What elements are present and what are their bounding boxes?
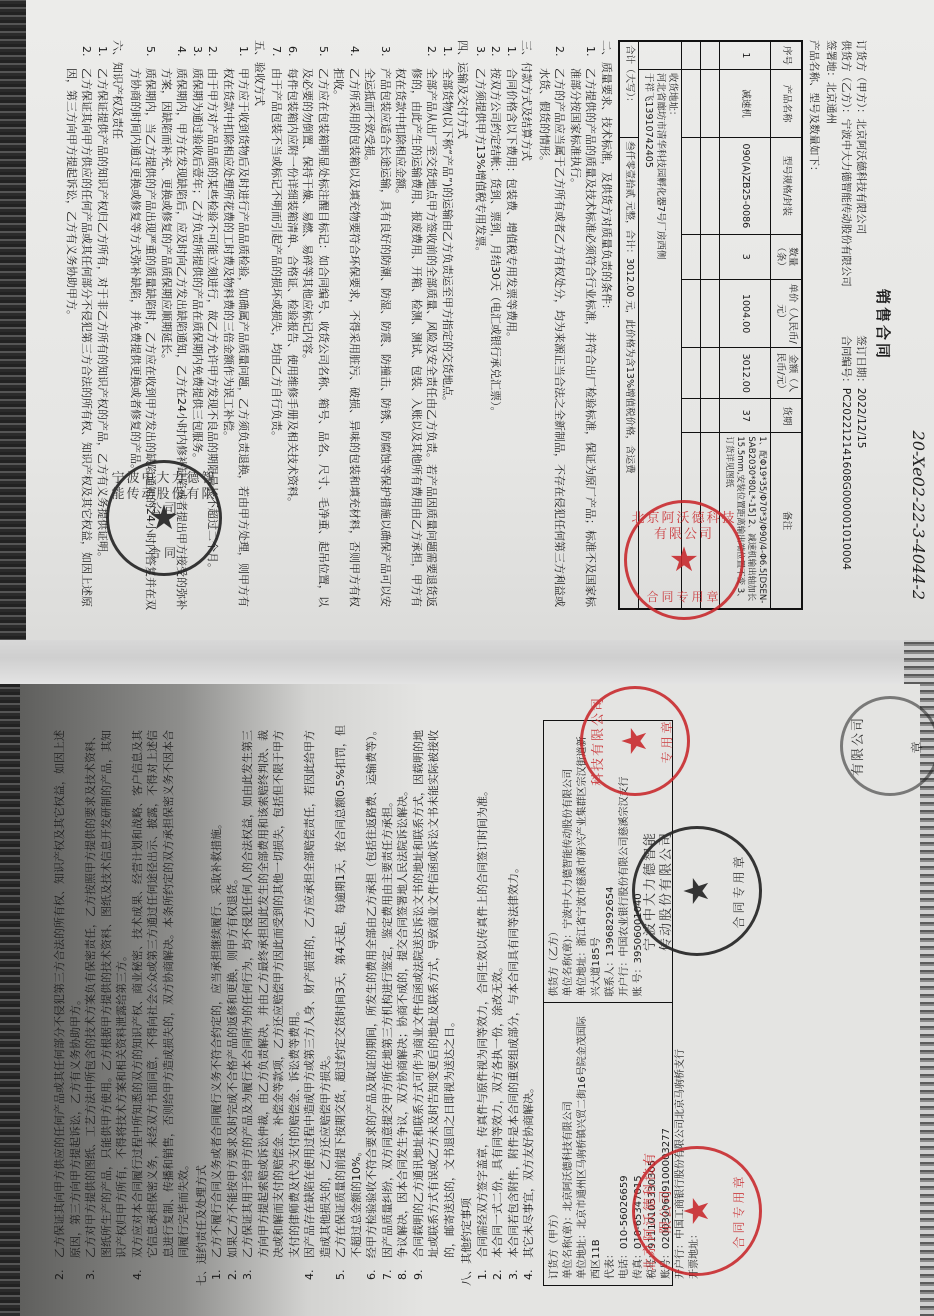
seller-company-seal: 宁波中大力德智能传动股份有限公司 ★ 合同 (106, 460, 222, 576)
clause-number: 5. (333, 1258, 364, 1286)
clause-text: 全部货物(以下称“产品”)的运输由乙方负责运至甲方指定的交货地点。 (440, 68, 456, 610)
section-title: 八、其他约定事项 (459, 720, 475, 1286)
clause-text: 合同载明的乙方通讯地址和联系方式可作为商业文件信函或法院送达诉讼文书的地址和联系… (411, 720, 458, 1258)
clause-text: 乙方不履行合同义务或者合同履行义务不符合约定的，应当承担继续履行、采取补救措施。 (209, 720, 225, 1258)
clause-item: 5.乙方应在包装箱明显处标注醒目标记：如合同编号、收货公司名称、箱号、品名、尺寸… (300, 40, 331, 610)
col-lead-time: 货期 (771, 399, 803, 433)
clause-number: 6. (364, 1258, 380, 1286)
clause-text: 乙方应在包装箱明显处标注醒目标记：如合同编号、收货公司名称、箱号、品名、尺寸、毛… (300, 68, 331, 610)
signature-detail-line: 电话：010-56026659 (618, 1010, 632, 1280)
page-gap (0, 640, 934, 684)
clause-text: 其它未尽事宜，双方友好协商解决。 (521, 720, 537, 1258)
clause-text: 本合同若包含附件，附件是本合同的重要组成部分，与本合同具有同等法律效力。 (506, 720, 522, 1258)
seal-text: 北京阿沃德科技有限公司 (627, 511, 741, 542)
signature-detail-line: 单位名称(章)：北京阿沃德科技有限公司 (562, 1010, 576, 1280)
seller-seal-partial: 有限公司 章 (840, 696, 934, 796)
sign-date: 2022/12/15 (856, 388, 868, 449)
clause-item: 4.其它未尽事宜，双方友好协商解决。 (521, 720, 537, 1286)
clause-item: 7.由于产品包装不当或标记不明而引起产品的损坏或损失，均由乙方自行负责。 (269, 40, 285, 610)
col-note: 备注 (771, 433, 803, 609)
clause-text: 乙方保证其向甲方供应的任何产品或其任何部分不侵犯第三方合法的所有权、知识产权及其… (52, 720, 83, 1258)
clause-number: 2. (537, 40, 568, 68)
clause-item: 3.乙方须提供甲方13%增值税专用发票。 (473, 40, 489, 610)
clause-text: 乙方保证其用于给甲方的产品及为履行本合同所为的任何行为，均不侵犯任何人的合法权益… (240, 720, 302, 1258)
buyer-label: 订货方（甲方）： (856, 40, 868, 119)
clause-item: 2.乙方保证其向甲方供应的任何产品或其任何部分不侵犯第三方合法的所有权、知识产权… (64, 40, 95, 610)
seller-name: 宁波中大力德智能传动股份有限公司 (841, 119, 853, 287)
seal-bottom-text: 章 (910, 699, 926, 793)
clause-number: 1. (440, 40, 456, 68)
clause-section: 三、付款方式及结算方式1.合同价格含以下费用：包装费、增值税专用发票等费用。2.… (473, 40, 535, 610)
clause-item: 4.双方应对本合同履行过程中所知悉的双方的知识产权、商业秘密、技术成果、经营计划… (130, 720, 192, 1286)
cell-name: 减速机 (720, 69, 771, 137)
col-amount: 金额（人民币/元） (771, 348, 803, 399)
clause-text: 由于产品包装不当或标记不明而引起产品的损坏或损失，均由乙方自行负责。 (269, 68, 285, 610)
clause-item: 4.乙方所采用的包装箱以及填充物要符合环保要求，不得采用脏污、破损、异味的包装和… (331, 40, 362, 610)
clause-text: 每件包装箱内应附一份详细装箱清单、合格证、检验报告、使用维修手册及相关技术资料。 (285, 68, 301, 610)
clause-text: 乙方对甲方提供的图纸、工艺方法中所包含的技术方案负有保密责任，乙方按照甲方提供的… (83, 720, 130, 1258)
clause-number: 3. (83, 1258, 130, 1286)
clause-text: 双方应对本合同履行过程中所知悉的双方的知识产权、商业秘密、技术成果、经营计划和战… (130, 720, 192, 1258)
clause-section: 七、违约责任及处理方式1.乙方不履行合同义务或者合同履行义务不符合约定的，应当承… (194, 720, 458, 1286)
seal-text: 科技有限公司 (591, 689, 607, 793)
clause-item: 9.合同载明的乙方通讯地址和联系方式可作为商业文件信函或法院送达诉讼文书的地址和… (411, 720, 458, 1286)
clause-number: 1. (475, 1258, 491, 1286)
clause-text: 经甲方检验验收不符合要求的产品及取证的期间，所发生的费用全部由乙方承担（包括往返… (364, 720, 380, 1258)
clause-text: 乙方的产品应当属于乙方所有或者乙方有权处分，均为来源正当合法之全新制品，不存在侵… (537, 68, 568, 610)
col-model: 型号规格/封装 (771, 138, 803, 235)
contract-meta: 订货方（甲方）：北京阿沃德科技有限公司 供货方（乙方）：宁波中大力德智能传动股份… (824, 40, 869, 610)
clause-text: 争议解决，因本合同发生争议，双方协商解决；协商不成的，提交合同签署地人民法院诉讼… (395, 720, 411, 1258)
items-table-header: 序号 产品名称 型号规格/封装 数量（条） 单价（人民币/元） 金额（人民币/元… (771, 41, 803, 609)
seal-bottom-text: 合同专用章 (732, 1149, 748, 1273)
clause-number: 3. (506, 1258, 522, 1286)
items-intro: 产品名称、型号及数量如下： (806, 40, 822, 610)
clause-item: 1.合同需经双方签字盖章，传真件与原件视为同等效力，合同生效以传真件上的合同签订… (475, 720, 491, 1286)
clause-number: 2. (393, 40, 440, 68)
buyer-seal-partial: 科技有限公司 ★ 专用章 (580, 686, 690, 796)
cell-unit-price: 1004.00 (720, 280, 771, 348)
clause-number: 5. (128, 40, 159, 68)
clause-text: 按双方公司约定结帐：货到、票到，月结30天（电汇或银行承兑汇票）。 (488, 68, 504, 610)
clause-text: 如果乙方不能按甲方要求及时完成不合格产品的返修和更换，则甲方有权退货。 (225, 720, 241, 1258)
clause-number: 2. (52, 1258, 83, 1286)
clause-text: 乙方在保证质量的前提下按期交货，超过约定交货时间3天，第4天起，每逾期1天，按合… (333, 720, 364, 1258)
clause-item: 3.产品包装应适合长途运输，具有良好的防潮、防湿、防震、防撞击、防锈、防腐蚀等保… (362, 40, 393, 610)
star-icon: ★ (618, 726, 652, 756)
sign-date-line: 签订日期：2022/12/15 (854, 335, 869, 570)
clause-number: 2. (64, 40, 95, 68)
cell-lead-time: 37 (720, 399, 771, 433)
clause-number: 1. (95, 40, 111, 68)
clause-number: 3. (190, 40, 206, 68)
clause-number: 3. (240, 1258, 302, 1286)
seal-bottom-text: 合同专用章 (732, 829, 748, 953)
clause-item: 2.如果乙方不能按甲方要求及时完成不合格产品的返修和更换，则甲方有权退货。 (225, 720, 241, 1286)
clause-number: 1. (504, 40, 520, 68)
clause-item: 4.因产品存在缺陷在使用过程中造成甲方或第三方人身、财产损害的，乙方应承担全部赔… (302, 720, 333, 1286)
star-icon: ★ (680, 876, 714, 906)
section-title: 三、付款方式及结算方式 (519, 40, 535, 610)
clause-item: 6.每件包装箱内应附一份详细装箱清单、合格证、检验报告、使用维修手册及相关技术资… (285, 40, 301, 610)
clause-item: 7.因产品质量纠纷，双方同意提交甲方所在地第三方机构进行鉴定，鉴定费用由主要责任… (380, 720, 396, 1286)
seal-bottom-text: 专用章 (660, 689, 676, 793)
seal-text: 宁波中大力德智能传动股份有限公司 (109, 471, 219, 518)
clause-item: 8.争议解决，因本合同发生争议，双方协商解决；协商不成的，提交合同签署地人民法院… (395, 720, 411, 1286)
seller-heading: 供货方（乙方） (548, 727, 562, 997)
clause-item: 3.乙方对甲方提供的图纸、工艺方法中所包含的技术方案负有保密责任，乙方按照甲方提… (83, 720, 130, 1286)
clause-text: 因产品存在缺陷在使用过程中造成甲方或第三方人身、财产损害的，乙方应承担全部赔偿责… (302, 720, 333, 1258)
buyer-company-seal: 北京阿沃德科技有限公司 ★ 合同专用章 (632, 1146, 762, 1276)
buyer-line: 订货方（甲方）：北京阿沃德科技有限公司 (854, 40, 869, 287)
contract-no: PC202212141608G000001010004 (841, 388, 853, 570)
buyer-name: 北京阿沃德科技有限公司 (856, 119, 868, 235)
seal-bottom-text: 合同 (109, 546, 219, 562)
star-icon: ★ (680, 1196, 714, 1226)
clause-number: 3. (473, 40, 489, 68)
clause-item: 2.按双方公司约定结帐：货到、票到，月结30天（电汇或银行承兑汇票）。 (488, 40, 504, 610)
clause-section: 2.乙方保证其向甲方供应的任何产品或其任何部分不侵犯第三方合法的所有权、知识产权… (52, 720, 192, 1286)
clause-number: 1. (209, 1258, 225, 1286)
signature-detail-line: 单位名称(章)：宁波中大力德智能传动股份有限公司 (562, 727, 576, 997)
clause-item: 2.乙方的产品应当属于乙方所有或者乙方有权处分，均为来源正当合法之全新制品，不存… (537, 40, 568, 610)
col-name: 产品名称 (771, 69, 803, 137)
col-no: 序号 (771, 41, 803, 69)
handwritten-reference: 20-Xe02-22-3-4044-2 (911, 431, 927, 600)
section-title: 五、验收方式 (252, 40, 268, 610)
seal-text: 有限公司 (851, 699, 867, 793)
clause-text: 全部产品从出厂至交货地点甲方签收前的全部质量、风险及安全责任由乙方负责。若产品因… (393, 68, 440, 610)
section-title: 七、违约责任及处理方式 (194, 720, 210, 1286)
clause-text: 合同需经双方签字盖章，传真件与原件视为同等效力，合同生效以传真件上的合同签订时间… (475, 720, 491, 1258)
contract-no-label: 合同编号： (841, 335, 853, 388)
clause-item: 5.乙方在保证质量的前提下按期交货，超过约定交货时间3天，第4天起，每逾期1天，… (333, 720, 364, 1286)
sign-place: 北京通州 (826, 82, 838, 124)
clause-number: 9. (411, 1258, 458, 1286)
clause-item: 2.本合同一式二份，具有同等效力，双方各执一份，涂改无效。 (490, 720, 506, 1286)
contract-page-2: 2.乙方保证其向甲方供应的任何产品或其任何部分不侵犯第三方合法的所有权、知识产权… (20, 684, 920, 1316)
cell-no: 1 (720, 41, 771, 69)
clause-number: 1. (221, 40, 252, 68)
col-unit-price: 单价（人民币/元） (771, 280, 803, 348)
clause-number: 7. (269, 40, 285, 68)
clause-text: 乙方提供的产品的质量及技术标准必须符合行业标准，并符合出厂检验标准，保证为原厂产… (568, 68, 599, 610)
seller-company-seal: 宁波中大力德智能传动股份有限公司 ★ 合同专用章 (632, 826, 762, 956)
col-qty: 数量（条） (771, 234, 803, 279)
clause-text: 本合同一式二份，具有同等效力，双方各执一份，涂改无效。 (490, 720, 506, 1258)
clause-number: 5. (300, 40, 331, 68)
seal-text: 宁波中大力德智能传动股份有限公司 (643, 829, 674, 953)
section-title: 四、运输及交付方式 (455, 40, 471, 610)
clause-number: 7. (380, 1258, 396, 1286)
clause-number: 8. (395, 1258, 411, 1286)
clause-number: 1. (568, 40, 599, 68)
clause-text: 甲方应于收到货物后及时进行产品品质检验，如确属产品质量问题，乙方须负责退换，若由… (221, 68, 252, 610)
clause-text: 产品包装应适合长途运输，具有良好的防潮、防湿、防震、防撞击、防锈、防腐蚀等保护措… (362, 68, 393, 610)
clause-item: 3.本合同若包含附件，附件是本合同的重要组成部分，与本合同具有同等法律效力。 (506, 720, 522, 1286)
seller-label: 供货方（乙方）： (841, 40, 853, 119)
clause-number: 2. (225, 1258, 241, 1286)
clause-number: 4. (159, 40, 190, 68)
seal-bottom-text: 合同专用章 (627, 590, 741, 606)
clause-text: 合同价格含以下费用：包装费、增值税专用发票等费用。 (504, 68, 520, 610)
clause-number: 2. (490, 1258, 506, 1286)
clause-number: 2. (488, 40, 504, 68)
total-label: 合计（大写）： (619, 41, 639, 138)
cell-amount: 3012.00 (720, 348, 771, 399)
clause-number: 6. (285, 40, 301, 68)
signature-detail-line: 代表： (604, 1010, 618, 1280)
sign-place-line: 签署地：北京通州 (824, 40, 839, 287)
clause-text: 乙方所采用的包装箱以及填充物要符合环保要求，不得采用脏污、破损、异味的包装和填充… (331, 68, 362, 610)
buyer-heading: 订货方（甲方） (548, 1010, 562, 1280)
cell-model: 090(A)ZB25-0086 (720, 138, 771, 235)
clause-item: 3.乙方保证其用于给甲方的产品及为履行本合同所为的任何行为，均不侵犯任何人的合法… (240, 720, 302, 1286)
clause-number: 3. (362, 40, 393, 68)
clause-number: 4. (521, 1258, 537, 1286)
signature-detail-line: 单位地址：北京市通州区马驹桥镇兴贸二街16号院金茂国际西区11B (576, 1010, 604, 1280)
sign-place-label: 签署地： (826, 40, 838, 82)
clause-number: 4. (130, 1258, 192, 1286)
seal-text: 北京阿沃德科技有限公司 (643, 1149, 674, 1273)
clause-text: 因产品质量纠纷，双方同意提交甲方所在地第三方机构进行鉴定，鉴定费用由主要责任方承… (380, 720, 396, 1258)
clause-number: 2. (205, 40, 221, 68)
contract-page-1: 20-Xe02-22-3-4044-2 销售合同 订货方（甲方）：北京阿沃德科技… (26, 0, 934, 640)
clause-item: 1.乙方不履行合同义务或者合同履行义务不符合约定的，应当承担继续履行、采取补救措… (209, 720, 225, 1286)
clause-text: 乙方保证其向甲方供应的任何产品或其任何部分不侵犯第三方合法的所有权、知识产权及其… (64, 68, 95, 610)
contract-clauses-page-2: 2.乙方保证其向甲方供应的任何产品或其任何部分不侵犯第三方合法的所有权、知识产权… (52, 720, 537, 1286)
cell-qty: 3 (720, 234, 771, 279)
buyer-company-seal: 北京阿沃德科技有限公司 ★ 合同专用章 (624, 500, 744, 620)
clause-item: 1.合同价格含以下费用：包装费、增值税专用发票等费用。 (504, 40, 520, 610)
clause-item: 2.乙方保证其向甲方供应的任何产品或其任何部分不侵犯第三方合法的所有权、知识产权… (52, 720, 83, 1286)
document-title: 销售合同 (875, 40, 891, 610)
clause-text: 乙方须提供甲方13%增值税专用发票。 (473, 68, 489, 610)
clause-item: 1.乙方提供的产品的质量及技术标准必须符合行业标准，并符合出厂检验标准，保证为原… (568, 40, 599, 610)
clause-item: 1.全部货物(以下称“产品”)的运输由乙方负责运至甲方指定的交货地点。 (440, 40, 456, 610)
clause-section: 八、其他约定事项1.合同需经双方签字盖章，传真件与原件视为同等效力，合同生效以传… (459, 720, 537, 1286)
clause-section: 二、质量要求、技术标准，及供货方对质量负责的条件：1.乙方提供的产品的质量及技术… (537, 40, 615, 610)
clause-number: 4. (302, 1258, 333, 1286)
clause-section: 四、运输及交付方式1.全部货物(以下称“产品”)的运输由乙方负责运至甲方指定的交… (269, 40, 471, 610)
contract-no-line: 合同编号：PC202212141608G000001010004 (839, 335, 854, 570)
sign-date-label: 签订日期： (856, 335, 868, 388)
section-title: 二、质量要求、技术标准，及供货方对质量负责的条件： (599, 40, 615, 610)
star-icon: ★ (669, 543, 699, 577)
clause-item: 2.全部产品从出厂至交货地点甲方签收前的全部质量、风险及安全责任由乙方负责。若产… (393, 40, 440, 610)
clause-item: 6.经甲方检验验收不符合要求的产品及取证的期间，所发生的费用全部由乙方承担（包括… (364, 720, 380, 1286)
clause-number: 4. (331, 40, 362, 68)
clause-item: 1.甲方应于收到货物后及时进行产品品质检验，如确属产品质量问题，乙方须负责退换，… (221, 40, 252, 610)
seller-line: 供货方（乙方）：宁波中大力德智能传动股份有限公司 (839, 40, 854, 287)
